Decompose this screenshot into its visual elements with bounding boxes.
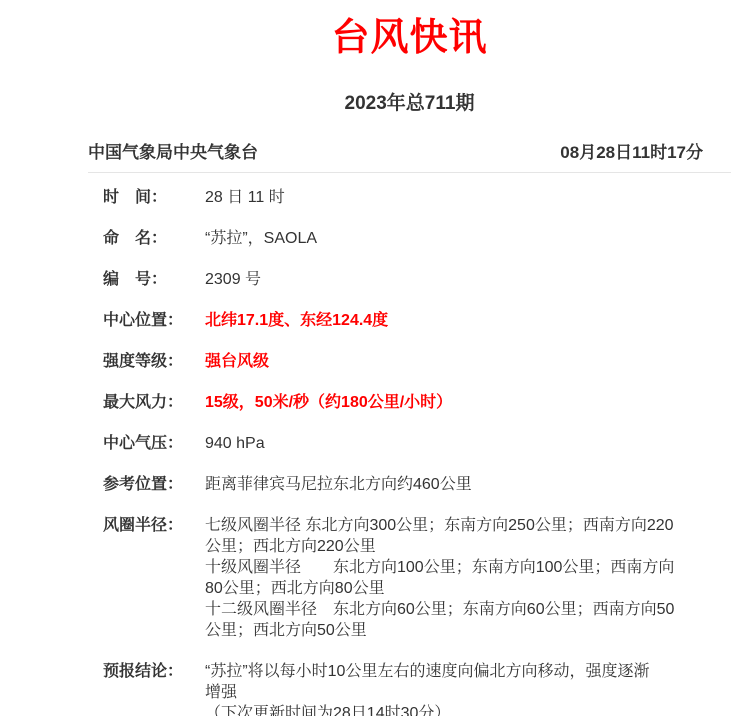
row-label: 风圈半径： <box>103 515 205 536</box>
row-value-highlight: 15级，50米/秒（约180公里/小时） <box>205 392 717 413</box>
row-label: 编 号： <box>103 269 205 290</box>
bulletin-page: 台风快讯 2023年总711期 中国气象局中央气象台 08月28日11时17分 … <box>88 0 731 716</box>
row-label: 时 间： <box>103 187 205 208</box>
info-row-center-pressure: 中心气压： 940 hPa <box>88 433 731 454</box>
info-row-time: 时 间： 28 日 11 时 <box>88 187 731 208</box>
meta-header: 中国气象局中央气象台 08月28日11时17分 <box>88 138 731 173</box>
row-value: 28 日 11 时 <box>205 187 717 208</box>
info-row-name: 命 名： “苏拉”，SAOLA <box>88 228 731 249</box>
info-row-intensity: 强度等级： 强台风级 <box>88 351 731 372</box>
agency-name: 中国气象局中央气象台 <box>88 138 258 163</box>
publish-time: 08月28日11时17分 <box>560 138 703 163</box>
info-row-max-wind: 最大风力： 15级，50米/秒（约180公里/小时） <box>88 392 731 413</box>
row-value: “苏拉”，SAOLA <box>205 228 717 249</box>
row-label: 命 名： <box>103 228 205 249</box>
row-label: 中心气压： <box>103 433 205 454</box>
info-row-number: 编 号： 2309 号 <box>88 269 731 290</box>
info-row-center-position: 中心位置： 北纬17.1度、东经124.4度 <box>88 310 731 331</box>
info-row-forecast-conclusion: 预报结论： “苏拉”将以每小时10公里左右的速度向偏北方向移动，强度逐渐 增强 … <box>88 661 731 716</box>
row-value: 距离菲律宾马尼拉东北方向约460公里 <box>205 474 717 495</box>
row-value: 2309 号 <box>205 269 717 290</box>
issue-number: 2023年总711期 <box>88 88 731 115</box>
row-label: 参考位置： <box>103 474 205 495</box>
page-title: 台风快讯 <box>88 0 731 61</box>
row-label: 最大风力： <box>103 392 205 413</box>
row-value: 七级风圈半径 东北方向300公里；东南方向250公里；西南方向220 公里；西北… <box>205 515 717 641</box>
info-row-reference-position: 参考位置： 距离菲律宾马尼拉东北方向约460公里 <box>88 474 731 495</box>
row-value: “苏拉”将以每小时10公里左右的速度向偏北方向移动，强度逐渐 增强 （下次更新时… <box>205 661 717 716</box>
row-value-highlight: 强台风级 <box>205 351 717 372</box>
info-table: 时 间： 28 日 11 时 命 名： “苏拉”，SAOLA 编 号： 2309… <box>88 187 731 716</box>
row-value: 940 hPa <box>205 433 717 454</box>
row-label: 中心位置： <box>103 310 205 331</box>
row-label: 强度等级： <box>103 351 205 372</box>
row-value-highlight: 北纬17.1度、东经124.4度 <box>205 310 717 331</box>
row-label: 预报结论： <box>103 661 205 682</box>
info-row-wind-radii: 风圈半径： 七级风圈半径 东北方向300公里；东南方向250公里；西南方向220… <box>88 515 731 641</box>
